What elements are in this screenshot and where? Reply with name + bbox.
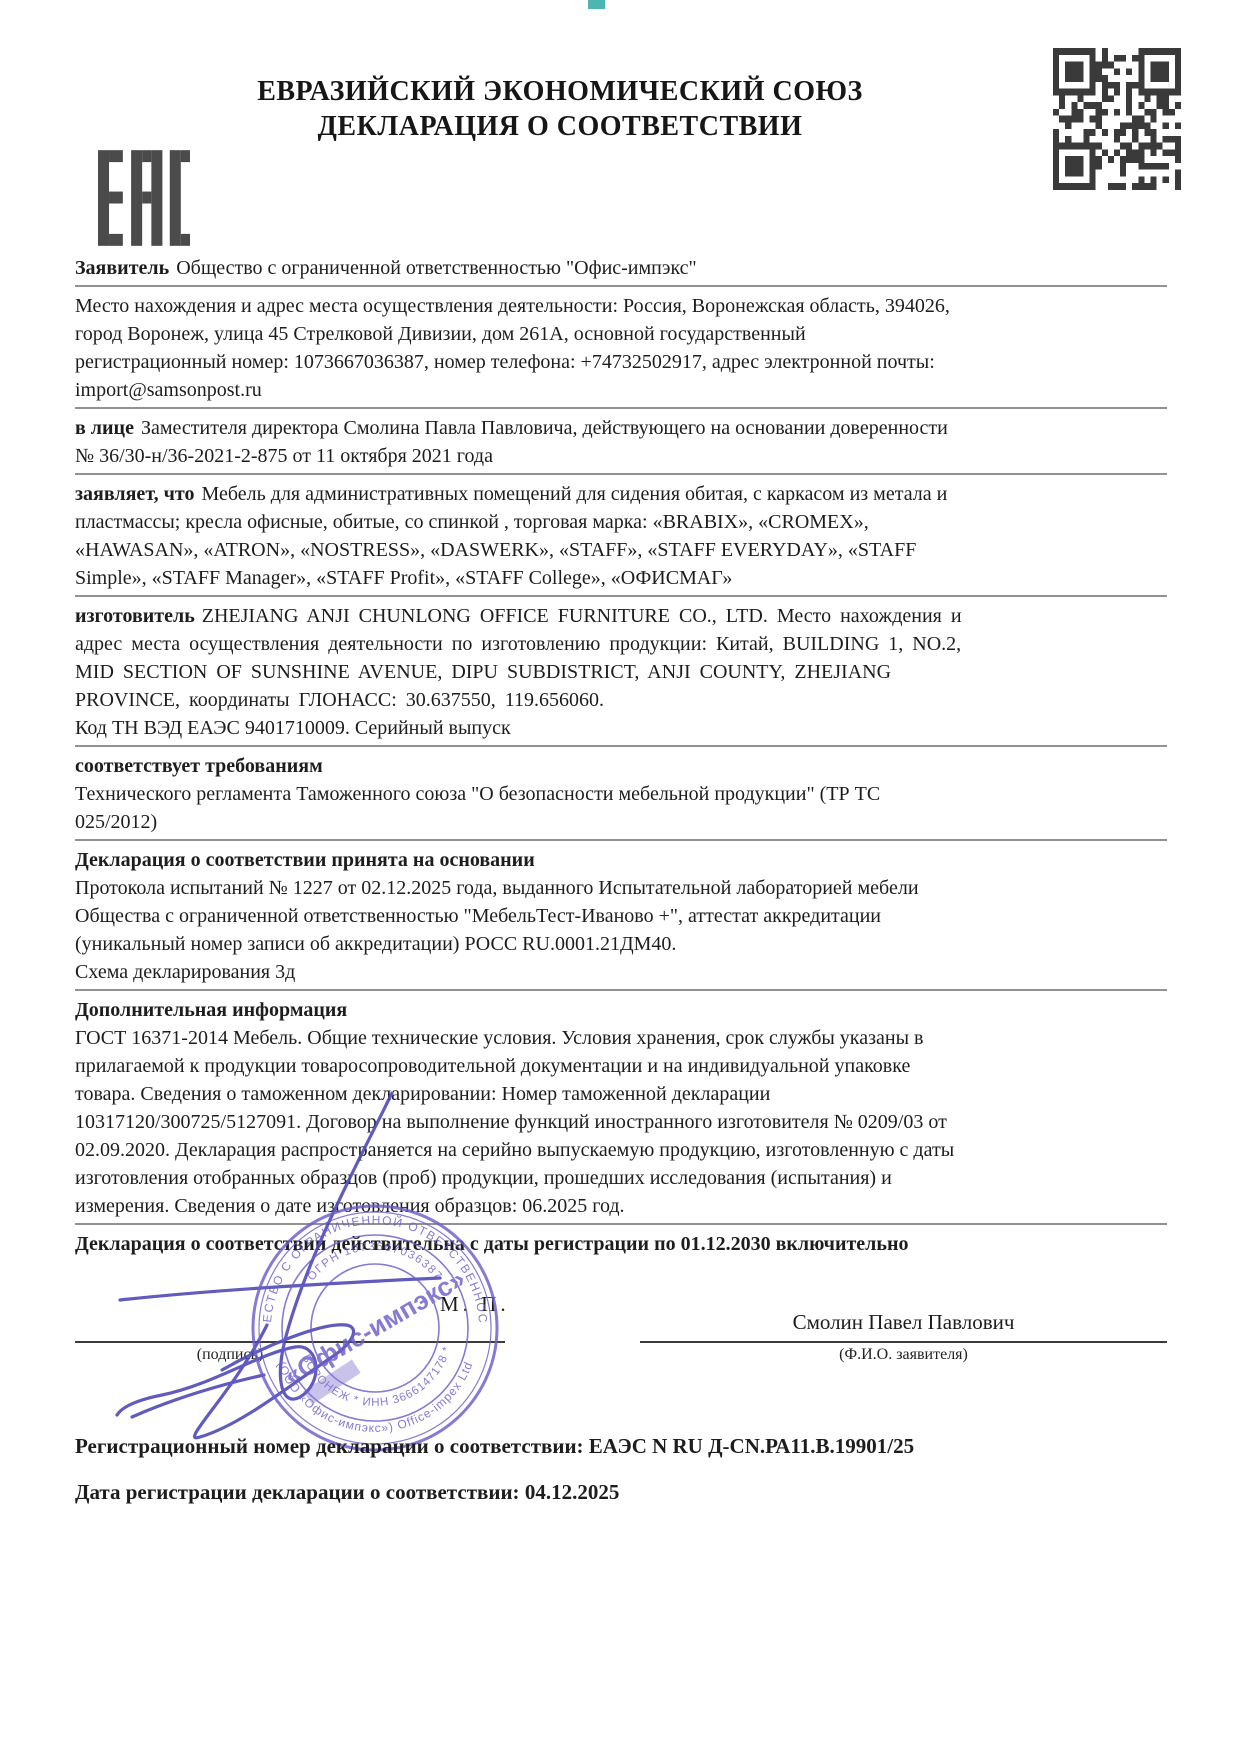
basis-text: Протокола испытаний № 1227 от 02.12.2025… (75, 877, 919, 955)
eac-mark-icon (98, 150, 190, 246)
registration-date-label: Дата регистрации декларации о соответств… (75, 1480, 520, 1504)
manufacturer-paragraph: изготовительZHEJIANG ANJI CHUNLONG OFFIC… (75, 602, 1167, 714)
stamp-ring-inner-top: ОГРН 1073667036387 (306, 1241, 445, 1283)
document-title: ЕВРАЗИЙСКИЙ ЭКОНОМИЧЕСКИЙ СОЮЗ ДЕКЛАРАЦИ… (0, 74, 1120, 144)
declares-label: заявляет, что (75, 483, 194, 505)
registration-number-value: ЕАЭС N RU Д-CN.РА11.В.19901/25 (589, 1434, 914, 1458)
declares-text: Мебель для административных помещений дл… (75, 483, 947, 589)
company-stamp: ОБЩЕСТВО С ОГРАНИЧЕННОЙ ОТВЕТСТВЕННОСТЬЮ… (225, 1178, 525, 1478)
scan-artifact-mark (588, 0, 605, 9)
fio-caption: (Ф.И.О. заявителя) (640, 1346, 1167, 1364)
qr-code (1053, 48, 1181, 190)
divider (75, 407, 1167, 409)
title-union: ЕВРАЗИЙСКИЙ ЭКОНОМИЧЕСКИЙ СОЮЗ (0, 74, 1120, 109)
basis-paragraph: Протокола испытаний № 1227 от 02.12.2025… (75, 874, 1167, 958)
complies-label: соответствует требованиям (75, 752, 1167, 780)
registration-number-label: Регистрационный номер декларации о соотв… (75, 1434, 584, 1458)
divider (75, 839, 1167, 841)
divider (75, 745, 1167, 747)
scheme-line: Схема декларирования 3д (75, 958, 1167, 986)
in-person-text: Заместителя директора Смолина Павла Павл… (75, 417, 948, 467)
divider (75, 595, 1167, 597)
registration-date-value: 04.12.2025 (525, 1480, 620, 1504)
registration-date-line: Дата регистрации декларации о соответств… (75, 1480, 619, 1505)
tnved-code-text: Код ТН ВЭД ЕАЭС 9401710009. Серийный вып… (75, 717, 511, 739)
scheme-text: Схема декларирования 3д (75, 961, 295, 983)
registration-number-line: Регистрационный номер декларации о соотв… (75, 1434, 914, 1459)
complies-text: Технического регламента Таможенного союз… (75, 783, 880, 833)
manufacturer-label: изготовитель (75, 605, 195, 627)
complies-paragraph: Технического регламента Таможенного союз… (75, 780, 1167, 836)
address-paragraph: Место нахождения и адрес места осуществл… (75, 292, 1167, 404)
address-text: Место нахождения и адрес места осуществл… (75, 295, 950, 401)
fio-line (640, 1341, 1167, 1343)
tnved-code-line: Код ТН ВЭД ЕАЭС 9401710009. Серийный вып… (75, 714, 1167, 742)
in-person-paragraph: в лицеЗаместителя директора Смолина Павл… (75, 414, 1167, 470)
basis-label: Декларация о соответствии принята на осн… (75, 846, 1167, 874)
divider (75, 989, 1167, 991)
applicant-paragraph: ЗаявительОбщество с ограниченной ответст… (75, 254, 1167, 282)
declares-paragraph: заявляет, чтоМебель для административных… (75, 480, 1167, 592)
divider (75, 473, 1167, 475)
applicant-fio: Смолин Павел Павлович (640, 1310, 1167, 1335)
manufacturer-text: ZHEJIANG ANJI CHUNLONG OFFICE FURNITURE … (75, 605, 962, 711)
title-declaration: ДЕКЛАРАЦИЯ О СООТВЕТСТВИИ (0, 109, 1120, 144)
declaration-document: ЕВРАЗИЙСКИЙ ЭКОНОМИЧЕСКИЙ СОЮЗ ДЕКЛАРАЦИ… (0, 0, 1240, 1754)
additional-info-label: Дополнительная информация (75, 996, 1167, 1024)
in-person-label: в лице (75, 417, 134, 439)
divider (75, 285, 1167, 287)
applicant-text: Общество с ограниченной ответственностью… (176, 257, 697, 279)
applicant-label: Заявитель (75, 257, 169, 279)
svg-text:ОГРН 1073667036387: ОГРН 1073667036387 (306, 1241, 445, 1283)
